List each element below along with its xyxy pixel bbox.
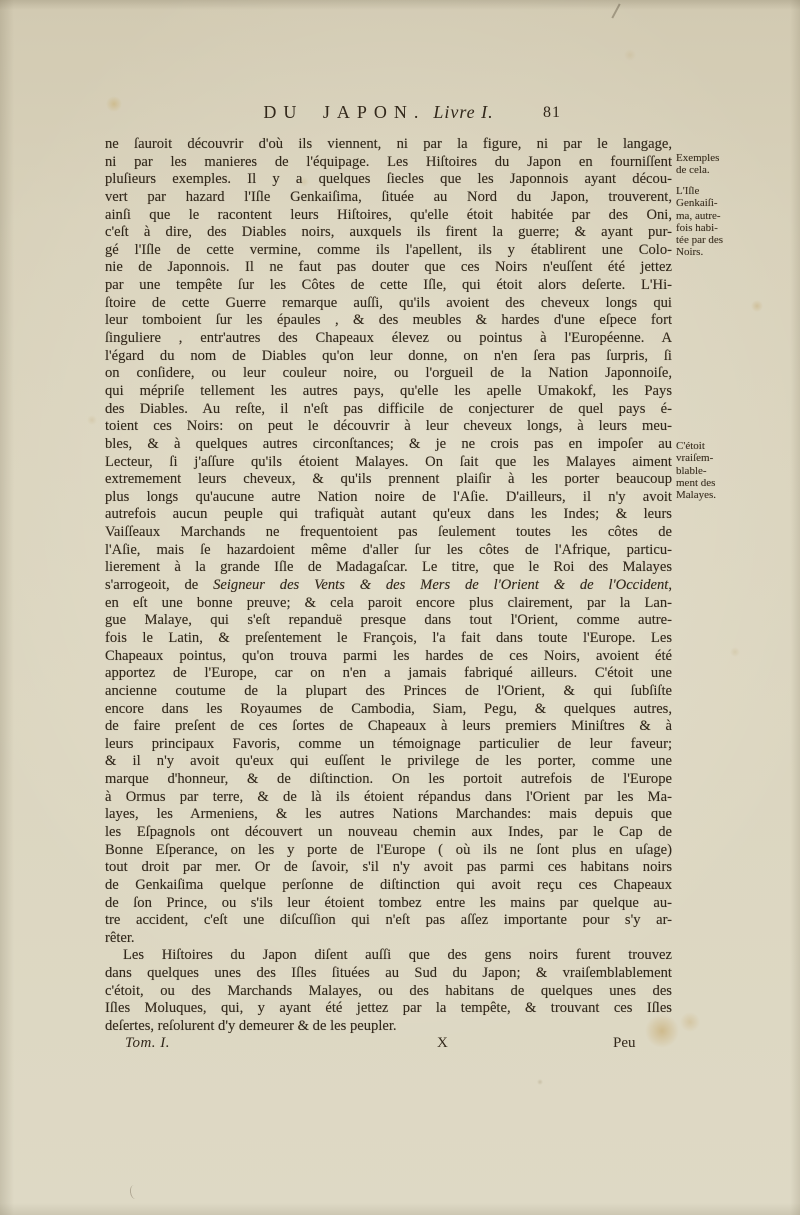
- book-part-title: Livre I.: [433, 102, 493, 122]
- text-line: l'Aſie, mais ſe hazardoient même d'aller…: [105, 542, 672, 560]
- margin-note-exemples: Exemplesde cela.: [676, 152, 754, 177]
- margin-note-line: blable-: [676, 465, 754, 477]
- text-line: Vaiſſeaux Marchands ne frequentoient pas…: [105, 524, 672, 542]
- text-line: Les Hiſtoires du Japon diſent auſſi que …: [105, 947, 672, 965]
- text-line: gé l'Iſle de cette vermine, comme ils l'…: [105, 242, 672, 260]
- text-line: marque d'honneur, & de diſtinction. On l…: [105, 771, 672, 789]
- text-line: par une tempête ſur les Côtes de cette I…: [105, 277, 672, 295]
- margin-note-line: vraiſem-: [676, 452, 754, 464]
- margin-note-line: L'Iſle: [676, 185, 754, 197]
- margin-note-line: tée par des: [676, 234, 754, 246]
- text-line: qui mépriſe tellement les autres pays, q…: [105, 383, 672, 401]
- text-line: les Eſpagnols ont découvert un nouveau c…: [105, 824, 672, 842]
- pen-mark: [611, 3, 620, 18]
- text-line: leurs principaux Favoris, comme un témoi…: [105, 736, 672, 754]
- text-line: vert par hazard l'Iſle Genkaiſima, ſitué…: [105, 189, 672, 207]
- text-line: Lecteur, ſi j'aſſure qu'ils étoient Mala…: [105, 454, 672, 472]
- margin-note-line: Genkaiſi-: [676, 197, 754, 209]
- margin-note-line: fois habi-: [676, 222, 754, 234]
- body-text: ne ſauroit découvrir d'où ils viennent, …: [105, 136, 672, 1036]
- book-page-scan: DU JAPON.Livre I. 81 ne ſauroit découvri…: [0, 0, 800, 1215]
- text-line: ainſi que le racontent leurs Hiſtoires, …: [105, 207, 672, 225]
- text-line: Chapeaux pointus, qu'on trouva parmi les…: [105, 648, 672, 666]
- text-line: pluſieurs exemples. Il y a quelques ſiec…: [105, 171, 672, 189]
- margin-note-line: de cela.: [676, 164, 754, 176]
- text-line: ſinguliere , entr'autres des Chapeaux él…: [105, 330, 672, 348]
- text-line: on conſidere, ou leur couleur noire, ou …: [105, 365, 672, 383]
- margin-note-genkaisima: L'IſleGenkaiſi-ma, autre-fois habi-tée p…: [676, 185, 754, 259]
- text-line: & il n'y avoit qu'eux qui euſſent le pri…: [105, 753, 672, 771]
- text-line: extremement leurs cheveux, & qu'ils pren…: [105, 471, 672, 489]
- text-line: c'étoit, ou des Marchands Malayes, ou de…: [105, 983, 672, 1001]
- text-line: bles, & à quelques autres circonſtances;…: [105, 436, 672, 454]
- text-line: deſertes, reſolurent d'y demeurer & de l…: [105, 1018, 672, 1036]
- catchword: Peu: [613, 1035, 636, 1052]
- text-line: dans quelques unes des Iſles ſituées au …: [105, 965, 672, 983]
- volume-label: Tom. I.: [125, 1035, 170, 1052]
- text-line: à Ormus par terre, & de là ils étoient r…: [105, 789, 672, 807]
- paper-mark: [129, 1184, 140, 1199]
- text-line: rêter.: [105, 930, 672, 948]
- text-line: ne ſauroit découvrir d'où ils viennent, …: [105, 136, 672, 154]
- margin-note-line: Exemples: [676, 152, 754, 164]
- text-line: fois le Latin, & preſentement le Françoi…: [105, 630, 672, 648]
- page-header: DU JAPON.Livre I. 81: [105, 102, 672, 128]
- running-head: DU JAPON.Livre I.: [263, 102, 493, 123]
- text-line: de ſon Prince, ou s'ils leur étoient tom…: [105, 895, 672, 913]
- text-line: tout droit par mer. Or de ſavoir, s'il n…: [105, 859, 672, 877]
- text-line: l'égard du nom de Diables qu'on leur don…: [105, 348, 672, 366]
- text-line: de faire preſent de ces ſortes de Chapea…: [105, 718, 672, 736]
- text-line: leur tomboient ſur les épaules , & des m…: [105, 312, 672, 330]
- text-line: s'arrogeoit, de Seigneur des Vents & des…: [105, 577, 672, 595]
- text-line: ſtoire de cette Guerre remarque auſſi, q…: [105, 295, 672, 313]
- margin-note-line: ment des: [676, 477, 754, 489]
- text-line: lierement à la grande Iſle de Madagaſcar…: [105, 559, 672, 577]
- text-line: encore dans les Royaumes de Cambodia, Si…: [105, 701, 672, 719]
- text-line: toient ces Noirs: on peut le découvrir à…: [105, 418, 672, 436]
- text-line: gue Malaye, qui s'eſt repanduë presque d…: [105, 612, 672, 630]
- margin-note-line: Noirs.: [676, 246, 754, 258]
- text-line: layes, les Armeniens, & les autres Natio…: [105, 806, 672, 824]
- page-footer: Tom. I. X Peu: [105, 1035, 672, 1057]
- text-line: des Diables. Au reſte, il n'eſt pas diff…: [105, 401, 672, 419]
- margin-note-line: Malayes.: [676, 489, 754, 501]
- text-line: ancienne coutume de la plupart des Princ…: [105, 683, 672, 701]
- signature-mark: X: [437, 1035, 448, 1052]
- margin-note-malayes: C'étoitvraiſem-blable-ment desMalayes.: [676, 440, 754, 501]
- page-number: 81: [543, 104, 561, 122]
- text-line: apportez de l'Europe, car on n'en a jama…: [105, 665, 672, 683]
- text-line: nie de Japonnois. Il ne faut pas douter …: [105, 259, 672, 277]
- text-line: Bonne Eſperance, on les y porte de l'Eur…: [105, 842, 672, 860]
- text-line: plus longs qu'aucune autre Nation noire …: [105, 489, 672, 507]
- text-line: c'eſt à dire, des Diables noirs, auxquel…: [105, 224, 672, 242]
- text-line: Iſles Moluques, qui, y ayant été jettez …: [105, 1000, 672, 1018]
- text-line: ni par les manieres de l'équipage. Les H…: [105, 154, 672, 172]
- text-line: autrefois aucun peuple qui trafiquàt aut…: [105, 506, 672, 524]
- margin-note-line: ma, autre-: [676, 210, 754, 222]
- text-line: tre accident, c'eſt une diſcuſſion qui n…: [105, 912, 672, 930]
- running-title: DU JAPON.: [263, 102, 425, 122]
- text-line: en eſt une bonne preuve; & cela paroit e…: [105, 595, 672, 613]
- margin-note-line: C'étoit: [676, 440, 754, 452]
- text-line: de Genkaiſima quelque perſonne de diſtin…: [105, 877, 672, 895]
